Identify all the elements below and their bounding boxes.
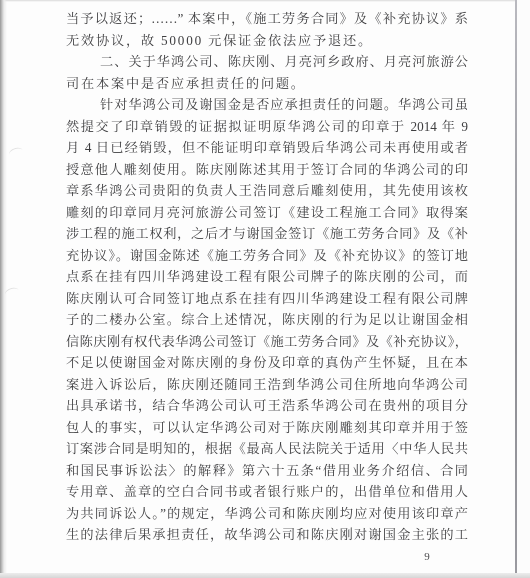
text-line: 雕刻的印章同月亮河旅游公司签订《建设工程施工合同》取得案: [66, 202, 468, 224]
document-page: 当予以返还；……” 本案中，《施工劳务合同》及《补充协议》系无效协议，故 500…: [0, 0, 530, 578]
text-line: 然提交了印章销毁的证据拟证明原华鸿公司的印章于 2014 年 9: [66, 116, 468, 138]
text-line: 点系在挂有四川华鸿建设工程有限公司牌子的陈庆刚的公司，而: [66, 266, 468, 288]
text-line: 章系华鸿公司贵阳的负责人王浩同意后雕刻使用，其先使用该枚: [66, 180, 468, 202]
text-line: 为共同诉讼人。”的规定，华鸿公司和陈庆刚均应对使用该印章产: [66, 503, 468, 525]
text-line: 充协议》。谢国金陈述《施工劳务合同》及《补充协议》的签订地: [66, 245, 468, 267]
scan-edge-bottom: [0, 573, 530, 578]
scan-margin-right: [517, 0, 530, 578]
text-line: 无效协议，故 50000 元保证金依法应予退还。: [66, 30, 468, 52]
page-edge-line: [515, 0, 517, 578]
text-line: 和国民事诉讼法〉的解释》第六十五条“借用业务介绍信、合同: [66, 460, 468, 482]
text-line: 出具承诺书，结合华鸿公司认可王浩系华鸿公司在贵州的项目分: [66, 395, 468, 417]
text-line: 二、关于华鸿公司、陈庆刚、月亮河乡政府、月亮河旅游公: [66, 51, 468, 73]
text-line: 当予以返还；……” 本案中，《施工劳务合同》及《补充协议》系: [66, 8, 468, 30]
scan-edge-top: [0, 0, 530, 2]
text-line: 月 4 日已经销毁，但不能证明印章销毁后华鸿公司未再使用或者: [66, 137, 468, 159]
text-line: 信陈庆刚有权代表华鸿公司签订《施工劳务合同》及《补充协议》，: [66, 331, 468, 353]
text-line: 子的二楼办公室。综合上述情况，陈庆刚的行为足以让谢国金相: [66, 309, 468, 331]
scan-artifact: [8, 146, 24, 159]
text-line: 专用章、盖章的空白合同书或者银行账户的，出借单位和借用人: [66, 481, 468, 503]
text-line: 司在本案中是否应承担责任的问题。: [66, 73, 468, 95]
text-line: 针对华鸿公司及谢国金是否应承担责任的问题。华鸿公司虽: [66, 94, 468, 116]
text-line: 陈庆刚认可合同签订地点系在挂有四川华鸿建设工程有限公司牌: [66, 288, 468, 310]
text-line: 涉工程的施工权利，之后才与谢国金签订《施工劳务合同》及《补: [66, 223, 468, 245]
text-line: 包人的事实，可以认定华鸿公司对于陈庆刚雕刻其印章并用于签: [66, 417, 468, 439]
page-number: 9: [420, 551, 434, 563]
text-line: 授意他人雕刻使用。陈庆刚陈述其用于签订合同的华鸿公司的印: [66, 159, 468, 181]
scan-edge-left: [0, 0, 7, 578]
judgment-text-body: 当予以返还；……” 本案中，《施工劳务合同》及《补充协议》系无效协议，故 500…: [66, 8, 468, 546]
text-line: 不足以使谢国金对陈庆刚的身份及印章的真伪产生怀疑，且在本: [66, 352, 468, 374]
text-line: 订案涉合同是明知的，根据《最高人民法院关于适用〈中华人民共: [66, 438, 468, 460]
text-line: 案进入诉讼后，陈庆刚还随同王浩到华鸿公司住所地向华鸿公司: [66, 374, 468, 396]
text-line: 生的法律后果承担责任，故华鸿公司和陈庆刚对谢国金主张的工: [66, 524, 468, 546]
